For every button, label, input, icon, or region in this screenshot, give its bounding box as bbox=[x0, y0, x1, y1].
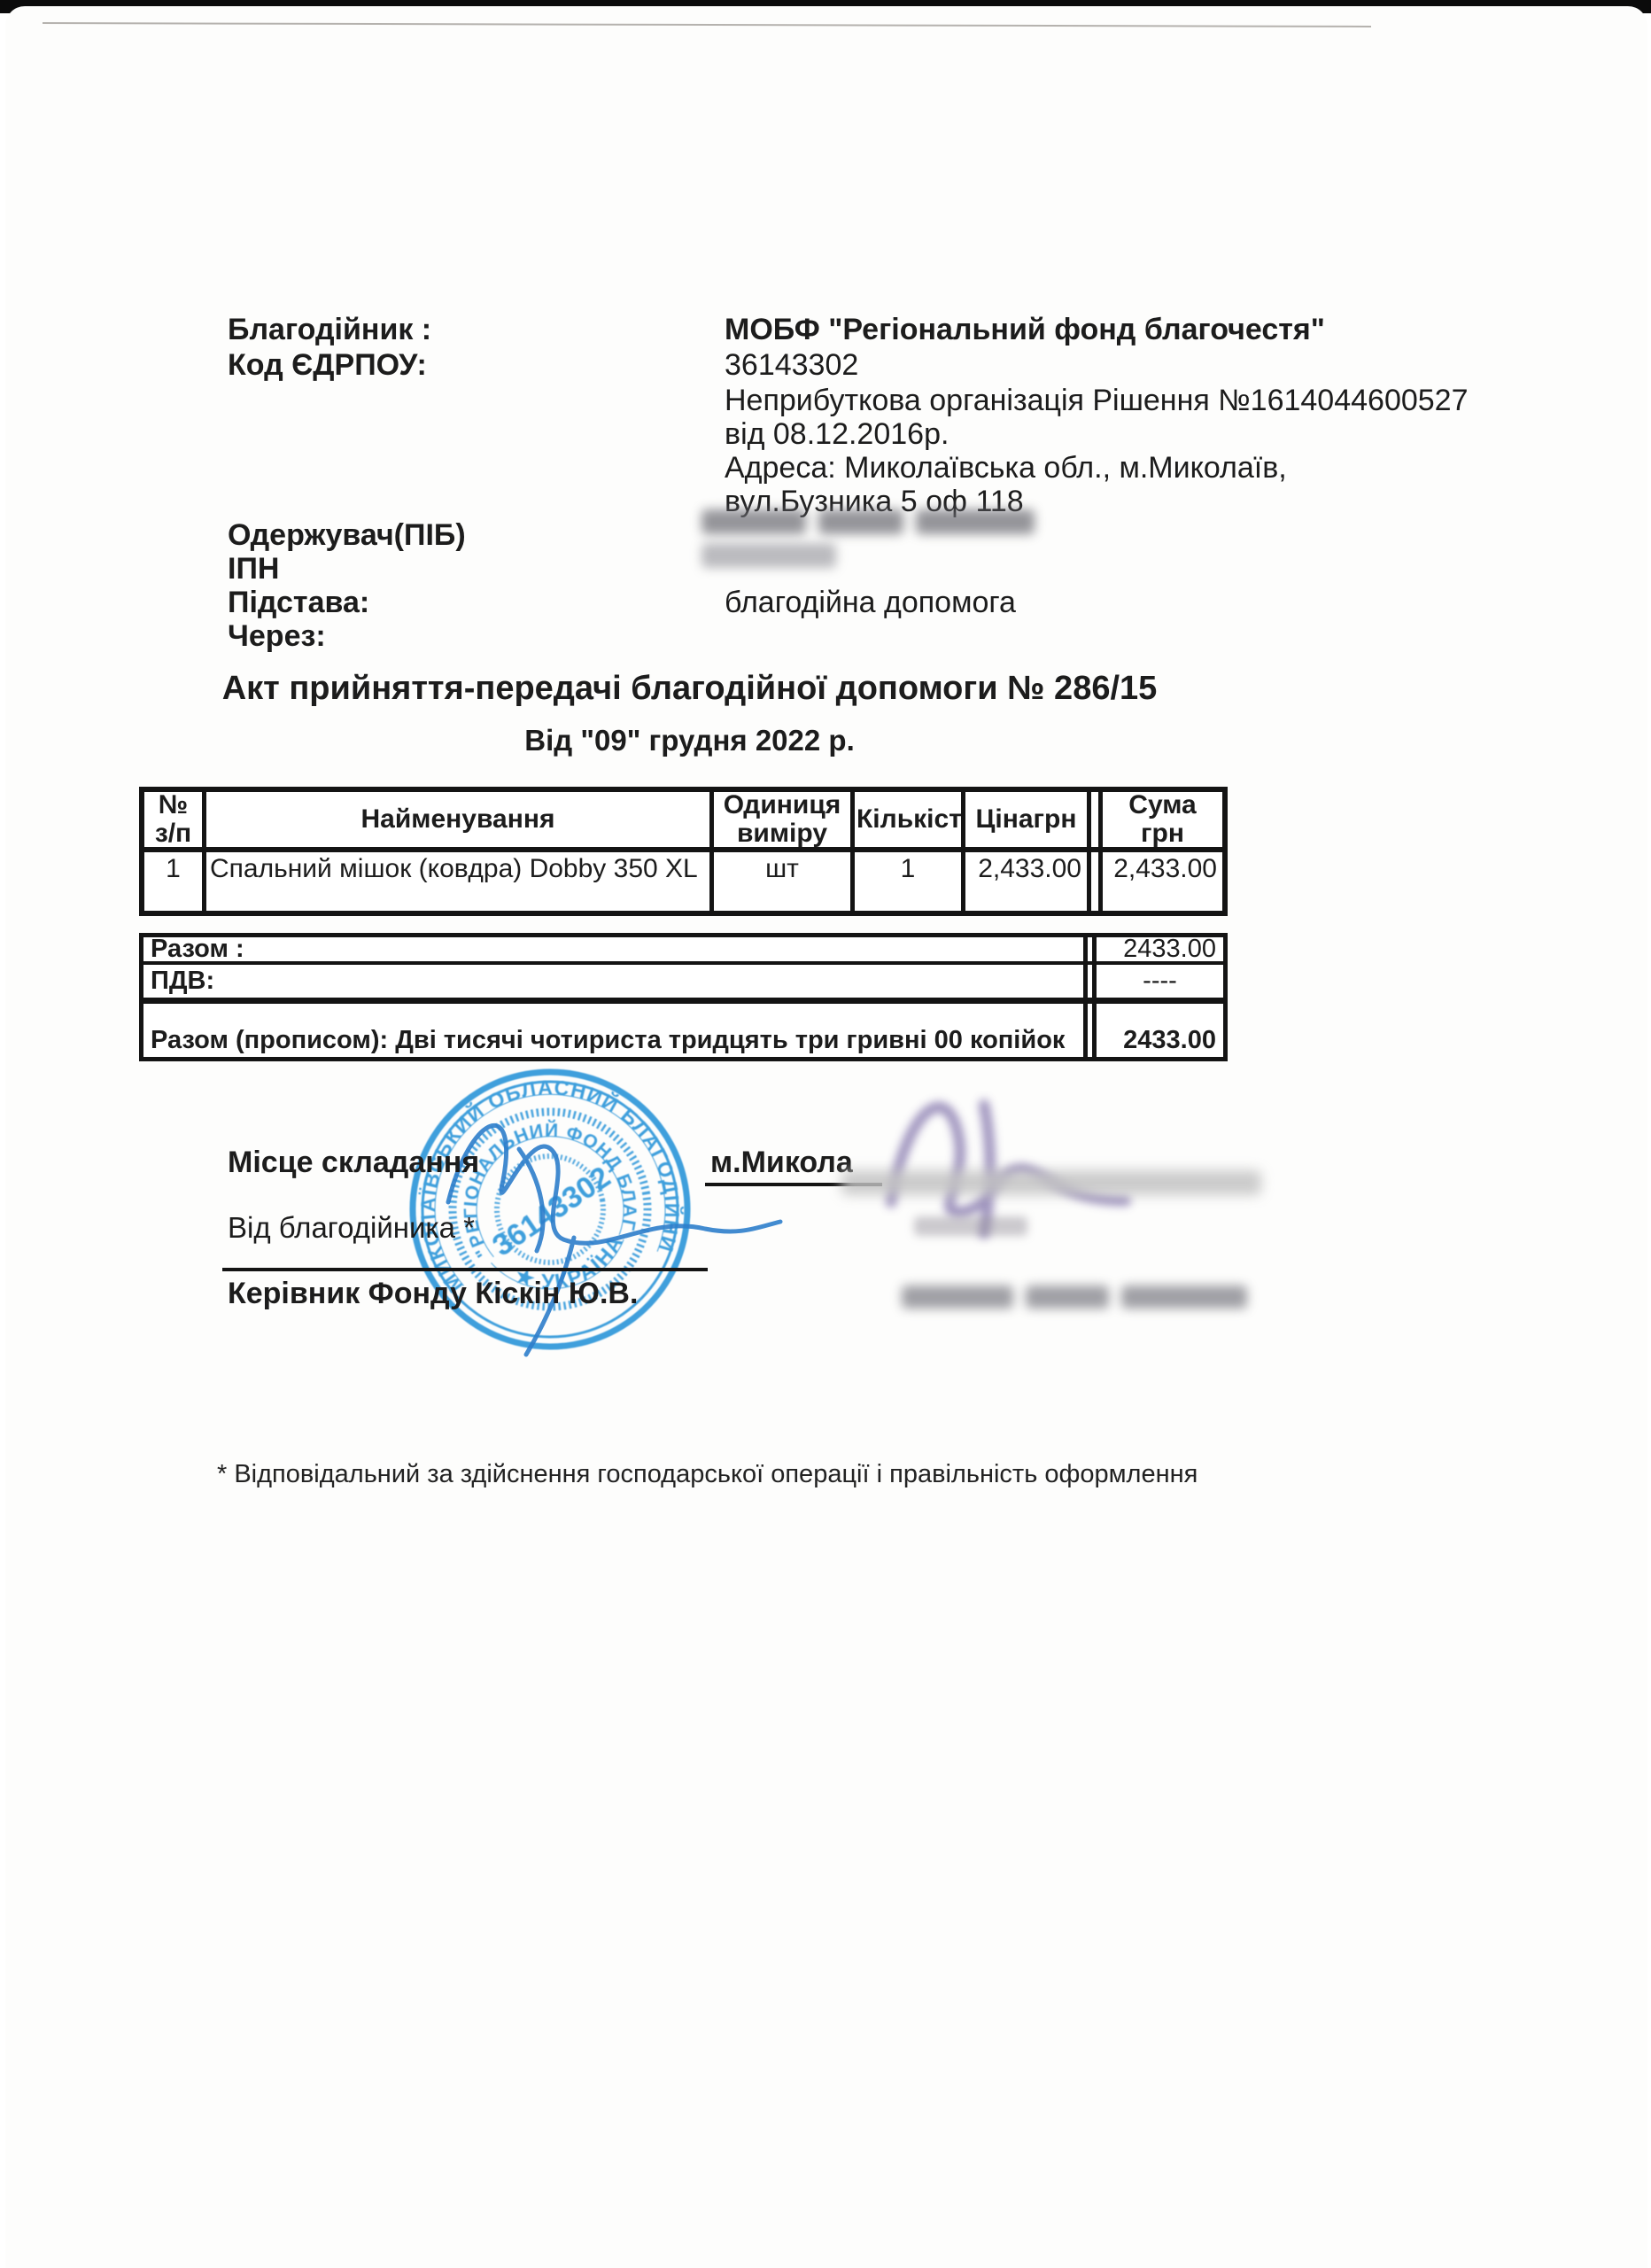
place-label: Місце складання bbox=[228, 1146, 479, 1180]
scan-artifact-line bbox=[43, 22, 1371, 27]
goods-table: № з/п Найменування Одиниця виміру Кількі… bbox=[139, 787, 1228, 916]
col-spacer bbox=[1091, 852, 1098, 911]
col-header-sum-line1: Сума bbox=[1105, 792, 1221, 819]
item-price: 2,433.00 bbox=[965, 852, 1091, 911]
total-in-words-value: 2433.00 bbox=[1092, 1004, 1223, 1057]
total-row: Разом : 2433.00 bbox=[143, 937, 1223, 965]
benefactor-label: Благодійник : bbox=[228, 313, 431, 347]
ipn-redacted bbox=[701, 543, 836, 568]
document-date: Від "09" грудня 2022 р. bbox=[139, 724, 1240, 757]
totals-box: Разом : 2433.00 ПДВ: ---- bbox=[139, 933, 1228, 1002]
place-value: м.Микола bbox=[710, 1146, 853, 1180]
paper-sheet: Благодійник : МОБФ "Регіональний фонд бл… bbox=[5, 6, 1647, 2268]
col-header-unit: Одиниця виміру bbox=[714, 792, 855, 847]
scanned-document-page: Благодійник : МОБФ "Регіональний фонд бл… bbox=[0, 0, 1651, 2268]
total-label: Разом : bbox=[143, 937, 1088, 961]
edrpou-value: 36143302 bbox=[725, 348, 858, 383]
from-benefactor-label: Від благодійника * bbox=[228, 1211, 475, 1245]
recipient-fullname-redacted bbox=[902, 1285, 1247, 1309]
col-spacer bbox=[1091, 792, 1098, 847]
total-in-words-label: Разом (прописом): Дві тисячі чотириста т… bbox=[143, 1004, 1088, 1057]
pib-caption-redacted bbox=[914, 1216, 1027, 1236]
col-header-qty: Кількість bbox=[855, 792, 965, 847]
goods-table-row: 1 Спальний мішок (ковдра) Dobby 350 XL ш… bbox=[144, 852, 1222, 911]
col-header-price-text: Цінагрн bbox=[965, 805, 1087, 834]
item-sum: 2,433.00 bbox=[1098, 852, 1222, 911]
col-header-name: Найменування bbox=[206, 792, 714, 847]
total-value: 2433.00 bbox=[1092, 937, 1223, 961]
recipient-label: Одержувач(ПІБ) bbox=[228, 518, 466, 553]
vat-label: ПДВ: bbox=[143, 965, 1088, 998]
basis-label: Підстава: bbox=[228, 586, 369, 620]
col-header-name-text: Найменування bbox=[208, 805, 708, 834]
goods-table-header-row: № з/п Найменування Одиниця виміру Кількі… bbox=[144, 792, 1222, 852]
col-header-sum: Сума грн bbox=[1098, 792, 1222, 847]
item-num: 1 bbox=[144, 852, 206, 911]
edrpou-label: Код ЄДРПОУ: bbox=[228, 348, 427, 383]
recipient-name-redacted bbox=[701, 509, 1035, 534]
col-header-num: № з/п bbox=[144, 792, 206, 847]
col-header-sum-line2: грн bbox=[1105, 819, 1221, 847]
signature-line bbox=[222, 1268, 708, 1271]
col-header-num-line2: з/п bbox=[146, 819, 200, 847]
decision-date-line: від 08.12.2016р. bbox=[725, 417, 949, 452]
col-header-unit-line1: Одиниця bbox=[716, 792, 849, 819]
col-header-unit-line2: виміру bbox=[716, 819, 849, 847]
item-unit: шт bbox=[714, 852, 855, 911]
col-header-price: Цінагрн bbox=[965, 792, 1091, 847]
basis-value: благодійна допомога bbox=[725, 586, 1016, 620]
total-in-words-box: Разом (прописом): Дві тисячі чотириста т… bbox=[139, 999, 1228, 1061]
item-qty: 1 bbox=[855, 852, 965, 911]
col-header-num-line1: № bbox=[146, 792, 200, 819]
nonprofit-line: Неприбуткова організація Рішення №161404… bbox=[725, 384, 1469, 418]
responsibility-footnote: * Відповідальний за здійснення господарс… bbox=[217, 1460, 1198, 1489]
vat-value: ---- bbox=[1092, 965, 1223, 998]
via-label: Через: bbox=[228, 619, 326, 654]
place-value-redacted-strip bbox=[841, 1170, 1261, 1195]
document-title: Акт прийняття-передачі благодійної допом… bbox=[139, 670, 1240, 708]
address-line-1: Адреса: Миколаївська обл., м.Миколаїв, bbox=[725, 451, 1287, 485]
recipient-signature-redacted bbox=[851, 1069, 1205, 1247]
ipn-label: ІПН bbox=[228, 552, 279, 586]
benefactor-value: МОБФ "Регіональний фонд благочестя" bbox=[725, 313, 1325, 347]
col-header-qty-text: Кількість bbox=[857, 805, 959, 834]
vat-row: ПДВ: ---- bbox=[143, 965, 1223, 998]
fund-head-label: Керівник Фонду Кіскін Ю.В. bbox=[228, 1277, 638, 1311]
item-name: Спальний мішок (ковдра) Dobby 350 XL bbox=[206, 852, 714, 911]
total-in-words-row: Разом (прописом): Дві тисячі чотириста т… bbox=[143, 1004, 1223, 1057]
